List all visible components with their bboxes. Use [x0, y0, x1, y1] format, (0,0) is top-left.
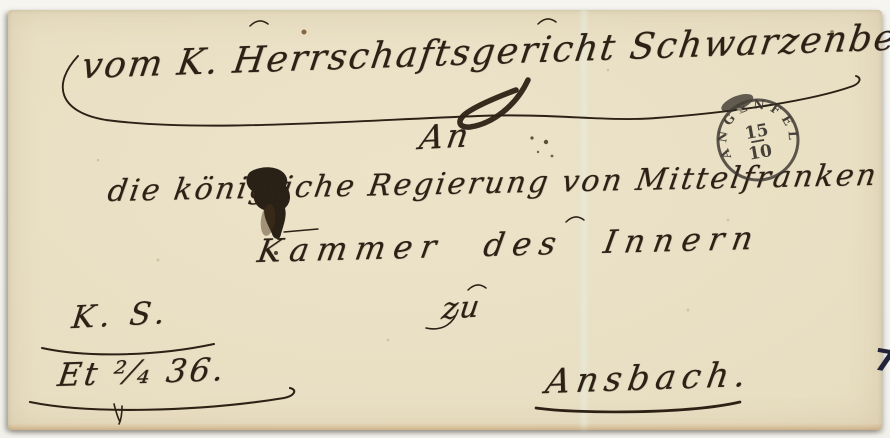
envelope-front: vom K. Herrschaftsgericht Schwarzenberg.… [8, 10, 882, 430]
postmark-month: 10 [747, 141, 774, 165]
note-registry: Et ²⁄₄ 36. [55, 350, 229, 394]
scanned-envelope: vom K. Herrschaftsgericht Schwarzenberg.… [0, 0, 890, 438]
diacritic-bow-2 [538, 19, 556, 24]
address-line-kammer: Kammer des Innern [255, 219, 764, 270]
postmark-stamp: LANGENFELD 15 10 [700, 90, 822, 190]
address-line-zu: zu [440, 289, 484, 327]
registry-fraction-tick [114, 404, 122, 424]
address-city: Ansbach. [543, 355, 755, 402]
sender-line: vom K. Herrschaftsgericht Schwarzenberg. [79, 15, 890, 87]
diacritic-bow-1 [250, 21, 268, 26]
flourish-city-underline [536, 402, 740, 412]
note-top-left: K. S. [70, 295, 172, 336]
salutation-an: An [417, 115, 474, 157]
